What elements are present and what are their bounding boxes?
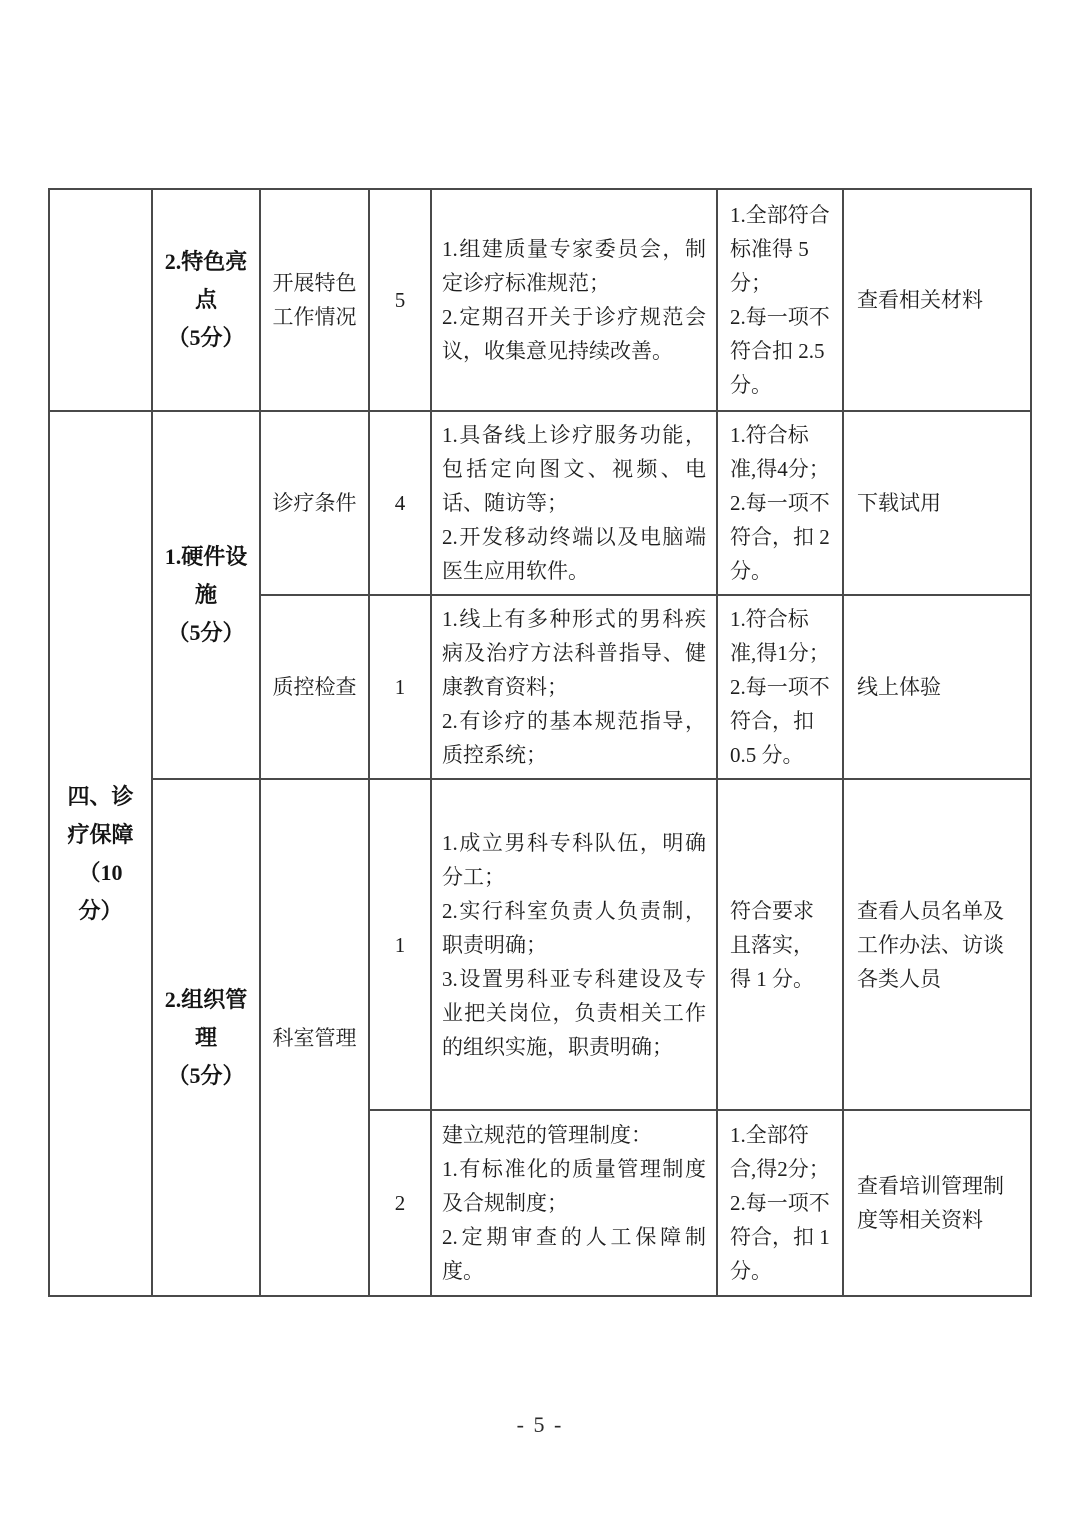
cell-method: 下载试用 [843, 411, 1031, 595]
cell-category: 四、诊 疗保障 （10 分） [49, 411, 152, 1296]
cell-item: 诊疗条件 [260, 411, 369, 595]
cell-points: 4 [369, 411, 431, 595]
cell-method: 查看人员名单及工作办法、访谈各类人员 [843, 779, 1031, 1110]
cell-empty-category [49, 189, 152, 411]
cell-sub-category: 2.特色亮 点 （5分） [152, 189, 260, 411]
cell-criteria: 1.组建质量专家委员会，制定诊疗标准规范； 2.定期召开关于诊疗规范会议，收集意… [431, 189, 717, 411]
cell-points: 5 [369, 189, 431, 411]
cell-scoring: 1.全部符合,得2分； 2.每一项不符合，扣 1 分。 [717, 1110, 843, 1296]
table-row: 四、诊 疗保障 （10 分） 1.硬件设 施 （5分） 诊疗条件 4 1.具备线… [49, 411, 1031, 595]
table-row: 2.组织管 理 （5分） 科室管理 1 1.成立男科专科队伍，明确分工； 2.实… [49, 779, 1031, 1110]
cell-scoring: 1.符合标准,得4分； 2.每一项不符合，扣 2 分。 [717, 411, 843, 595]
evaluation-table: 2.特色亮 点 （5分） 开展特色 工作情况 5 1.组建质量专家委员会，制定诊… [48, 188, 1032, 1297]
cell-sub-category-organization: 2.组织管 理 （5分） [152, 779, 260, 1296]
cell-item-dept: 科室管理 [260, 779, 369, 1296]
cell-method: 查看相关材料 [843, 189, 1031, 411]
cell-criteria: 建立规范的管理制度： 1.有标准化的质量管理制度及合规制度； 2.定期审查的人工… [431, 1110, 717, 1296]
cell-scoring: 1.符合标准,得1分； 2.每一项不符合，扣 0.5 分。 [717, 595, 843, 779]
document-page: 2.特色亮 点 （5分） 开展特色 工作情况 5 1.组建质量专家委员会，制定诊… [0, 0, 1080, 1527]
cell-method: 线上体验 [843, 595, 1031, 779]
cell-item: 开展特色 工作情况 [260, 189, 369, 411]
cell-scoring: 1.全部符合标准得 5 分； 2.每一项不符合扣 2.5 分。 [717, 189, 843, 411]
cell-method: 查看培训管理制度等相关资料 [843, 1110, 1031, 1296]
page-number: - 5 - [0, 1412, 1080, 1438]
cell-criteria: 1.线上有多种形式的男科疾病及治疗方法科普指导、健康教育资料； 2.有诊疗的基本… [431, 595, 717, 779]
table-row: 2.特色亮 点 （5分） 开展特色 工作情况 5 1.组建质量专家委员会，制定诊… [49, 189, 1031, 411]
cell-scoring: 符合要求且落实，得 1 分。 [717, 779, 843, 1110]
cell-criteria: 1.具备线上诊疗服务功能，包括定向图文、视频、电话、随访等； 2.开发移动终端以… [431, 411, 717, 595]
cell-points: 1 [369, 595, 431, 779]
cell-points: 2 [369, 1110, 431, 1296]
cell-criteria: 1.成立男科专科队伍，明确分工； 2.实行科室负责人负责制，职责明确； 3.设置… [431, 779, 717, 1110]
cell-sub-category-hardware: 1.硬件设 施 （5分） [152, 411, 260, 779]
cell-points: 1 [369, 779, 431, 1110]
cell-item: 质控检查 [260, 595, 369, 779]
